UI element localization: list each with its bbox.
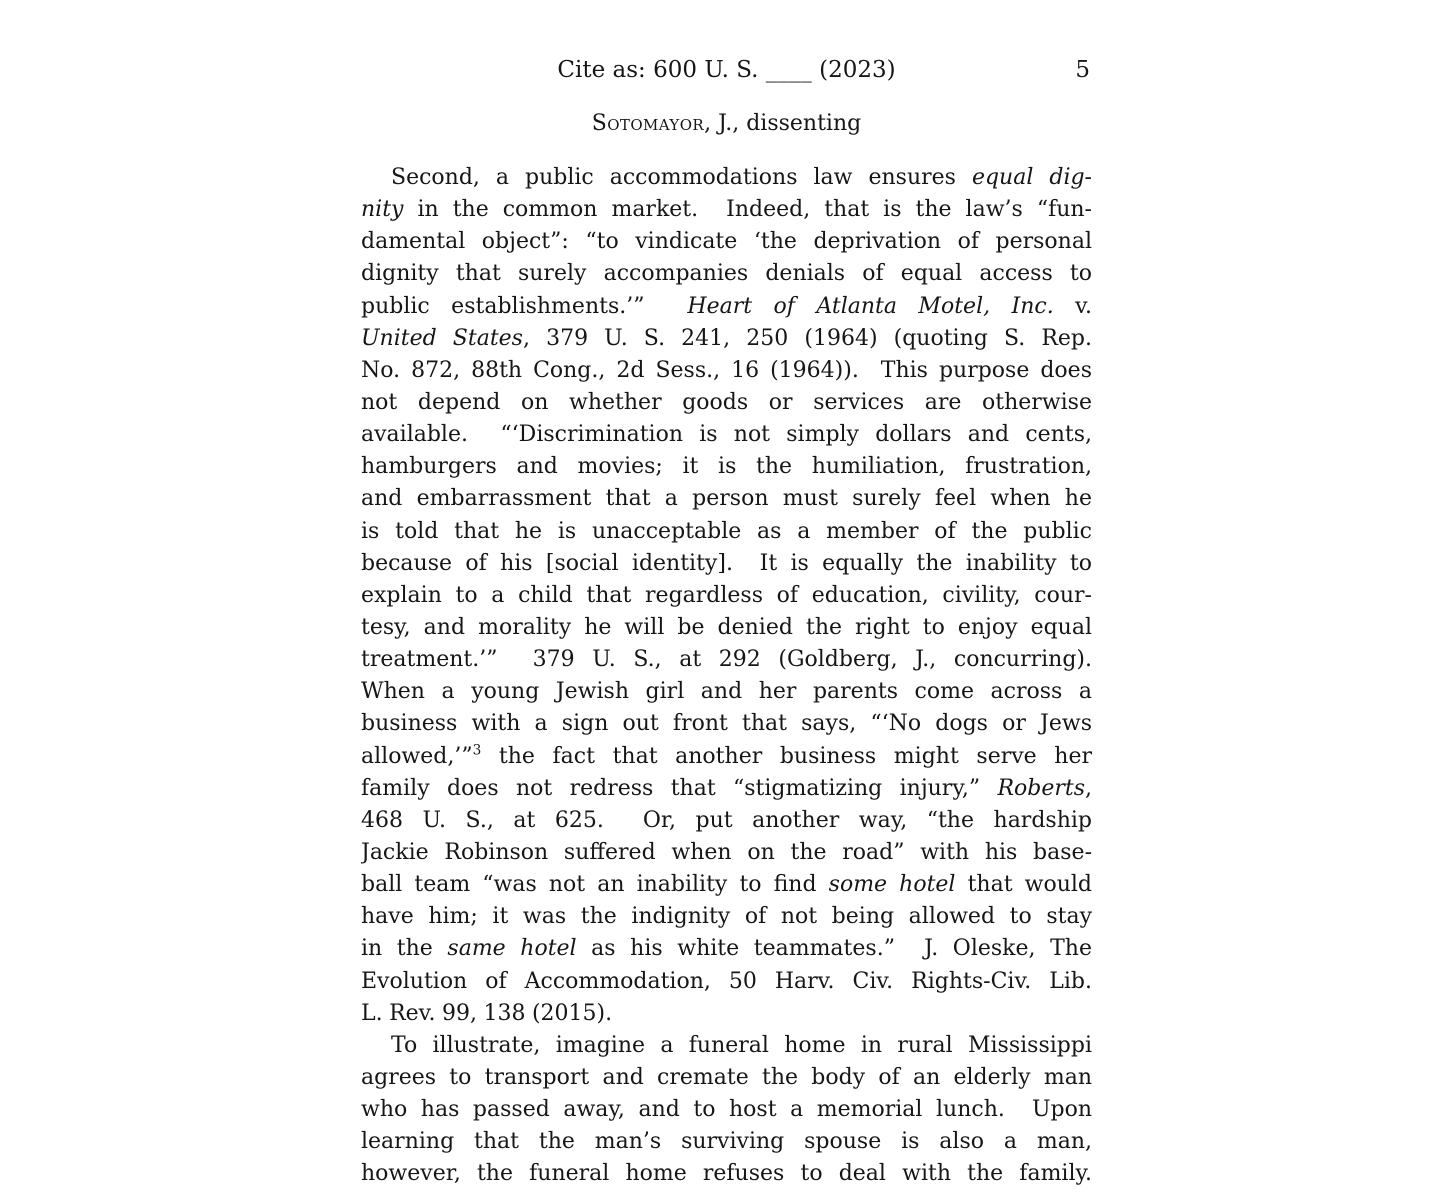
italic-text-segment: some hotel [829,872,956,897]
text-segment: Jackie Robinson suffered when on the roa… [361,840,1092,865]
text-line: because of his [social identity]. It is … [361,548,1092,580]
text-segment: dignity that surely accompanies denials … [361,261,1092,286]
text-segment: To illustrate, imagine a funeral home in… [391,1033,1092,1058]
text-line: nity in the common market. Indeed, that … [361,194,1092,226]
text-line: tesy, and morality he will be denied the… [361,612,1092,644]
text-segment: treatment.’” 379 U. S., at 292 (Goldberg… [361,647,1092,672]
text-line: who has passed away, and to host a memor… [361,1094,1092,1126]
italic-text-segment: Roberts [997,776,1085,801]
italic-text-segment: same hotel [447,936,576,961]
text-segment: L. Rev. 99, 138 (2015). [361,1001,612,1026]
text-segment: learning that the man’s surviving spouse… [361,1129,1092,1154]
text-segment: Second, a public accommodations law ensu… [391,165,972,190]
text-segment: agrees to transport and cremate the body… [361,1065,1092,1090]
text-segment: When a young Jewish girl and her parents… [361,679,1092,704]
italic-text-segment: United States [361,326,523,351]
text-segment: family does not redress that “stigmatizi… [361,776,997,801]
text-segment: is told that he is unacceptable as a mem… [361,519,1092,544]
text-segment: , 379 U. S. 241, 250 (1964) (quoting S. … [523,326,1092,351]
text-segment: damental object”: “to vindicate ‘the dep… [361,229,1092,254]
italic-text-segment: nity [361,197,403,222]
text-line: Jackie Robinson suffered when on the roa… [361,837,1092,869]
text-segment: explain to a child that regardless of ed… [361,583,1092,608]
text-segment: hamburgers and movies; it is the humilia… [361,454,1092,479]
opinion-body: Second, a public accommodations law ensu… [361,162,1092,1191]
text-line: available. “‘Discrimination is not simpl… [361,419,1092,451]
text-segment: as his white teammates.” J. Oleske, The [577,936,1092,961]
text-segment: because of his [social identity]. It is … [361,551,1092,576]
text-line: damental object”: “to vindicate ‘the dep… [361,226,1092,258]
byline-justice-name: Sotomayor [592,111,704,136]
running-header: Cite as: 600 U. S. ____ (2023) 5 [361,56,1092,84]
text-line: business with a sign out front that says… [361,708,1092,740]
text-segment: allowed,’” [361,744,473,769]
text-line: United States, 379 U. S. 241, 250 (1964)… [361,323,1092,355]
text-segment: who has passed away, and to host a memor… [361,1097,1092,1122]
text-line: not depend on whether goods or services … [361,387,1092,419]
text-line: L. Rev. 99, 138 (2015). [361,998,1092,1030]
text-segment: Evolution of Accommodation, 50 Harv. Civ… [361,969,1092,994]
text-line: No. 872, 88th Cong., 2d Sess., 16 (1964)… [361,355,1092,387]
text-line: and embarrassment that a person must sur… [361,483,1092,515]
text-line: is told that he is unacceptable as a mem… [361,516,1092,548]
text-line: have him; it was the indignity of not be… [361,901,1092,933]
text-line: in the same hotel as his white teammates… [361,933,1092,965]
italic-text-segment: Heart of Atlanta Motel, Inc. [687,294,1053,319]
text-segment: No. 872, 88th Cong., 2d Sess., 16 (1964)… [361,358,1092,383]
byline-suffix: , J., dissenting [704,111,861,136]
text-line: explain to a child that regardless of ed… [361,580,1092,612]
text-line: hamburgers and movies; it is the humilia… [361,451,1092,483]
text-segment: ball team “was not an inability to find [361,872,829,897]
text-segment: available. “‘Discrimination is not simpl… [361,422,1092,447]
text-segment: public establishments.’” [361,294,687,319]
text-line: dignity that surely accompanies denials … [361,258,1092,290]
text-segment: , [1085,776,1092,801]
text-segment: in the [361,936,447,961]
text-segment: not depend on whether goods or services … [361,390,1092,415]
text-line: treatment.’” 379 U. S., at 292 (Goldberg… [361,644,1092,676]
byline: Sotomayor, J., dissenting [361,110,1092,138]
text-line: allowed,’”3 the fact that another busine… [361,741,1092,773]
text-segment: tesy, and morality he will be denied the… [361,615,1092,640]
text-segment: however, the funeral home refuses to dea… [361,1161,1092,1186]
text-line: To illustrate, imagine a funeral home in… [361,1030,1092,1062]
text-segment: in the common market. Indeed, that is th… [403,197,1092,222]
text-segment: and embarrassment that a person must sur… [361,486,1092,511]
text-segment: have him; it was the indignity of not be… [361,904,1092,929]
text-segment: the fact that another business might ser… [481,744,1092,769]
text-segment: that would [955,872,1092,897]
text-line: Second, a public accommodations law ensu… [361,162,1092,194]
text-line: family does not redress that “stigmatizi… [361,773,1092,805]
text-segment: 468 U. S., at 625. Or, put another way, … [361,808,1092,833]
footnote-marker: 3 [473,742,482,758]
text-line: ball team “was not an inability to find … [361,869,1092,901]
text-segment: business with a sign out front that says… [361,711,1092,736]
text-line: learning that the man’s surviving spouse… [361,1126,1092,1158]
italic-text-segment: equal dig- [972,165,1092,190]
text-line: public establishments.’” Heart of Atlant… [361,291,1092,323]
text-line: agrees to transport and cremate the body… [361,1062,1092,1094]
text-line: however, the funeral home refuses to dea… [361,1158,1092,1190]
page-number: 5 [1075,56,1090,84]
opinion-page: Cite as: 600 U. S. ____ (2023) 5 Sotomay… [0,0,1451,1199]
citation-text: Cite as: 600 U. S. ____ (2023) [557,57,895,83]
text-line: Evolution of Accommodation, 50 Harv. Civ… [361,966,1092,998]
text-segment: v. [1054,294,1092,319]
text-line: When a young Jewish girl and her parents… [361,676,1092,708]
text-line: 468 U. S., at 625. Or, put another way, … [361,805,1092,837]
